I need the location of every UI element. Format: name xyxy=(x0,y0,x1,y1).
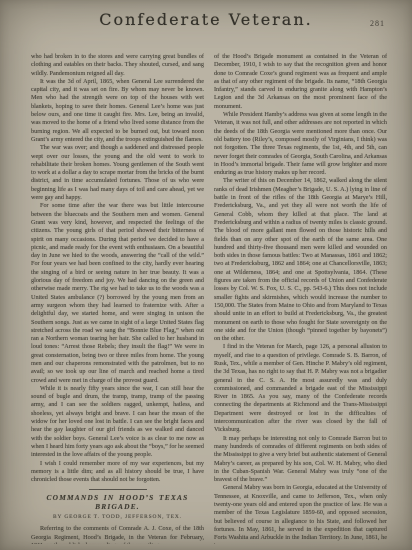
right-column: of the Hood’s Brigade monument as contai… xyxy=(214,53,387,544)
paragraph: General Mabry was born in Georgia, educa… xyxy=(214,484,387,544)
paragraph: For some time after the war there was bu… xyxy=(31,202,204,385)
paragraph: I wish I could remember more of my war e… xyxy=(31,460,204,485)
section-byline: BY GEORGE T. TODD, JEFFERSON, TEX. xyxy=(31,513,204,521)
paragraph: The war was over; and though a saddened … xyxy=(31,144,204,202)
section-divider xyxy=(89,489,147,490)
paragraph: It may perhaps be interesting not only t… xyxy=(214,435,387,485)
paragraph: who had broken in to the stores and were… xyxy=(31,53,204,78)
left-column: who had broken in to the stores and were… xyxy=(31,53,204,544)
paragraph: Referring to the comments of Comrade A. … xyxy=(31,525,204,544)
magazine-page: Confederate Veteran. 281 who had broken … xyxy=(0,0,412,550)
paragraph: of the Hood’s Brigade monument as contai… xyxy=(214,53,387,111)
page-number: 281 xyxy=(370,19,385,28)
section-heading: COMMANDS IN HOOD’S TEXAS BRIGADE. xyxy=(31,494,204,511)
masthead-title: Confederate Veteran. xyxy=(0,10,412,29)
paragraph: I find in the Veteran for March, page 12… xyxy=(214,343,387,434)
paragraph: While President Hamby’s address was give… xyxy=(214,111,387,177)
paragraph: The writer of this on December 14, 1862,… xyxy=(214,177,387,343)
paragraph: It was the 3d of April, 1865, when Gener… xyxy=(31,78,204,144)
text-columns: who had broken in to the stores and were… xyxy=(31,53,387,544)
paragraph: While it is nearly fifty years since the… xyxy=(31,385,204,460)
